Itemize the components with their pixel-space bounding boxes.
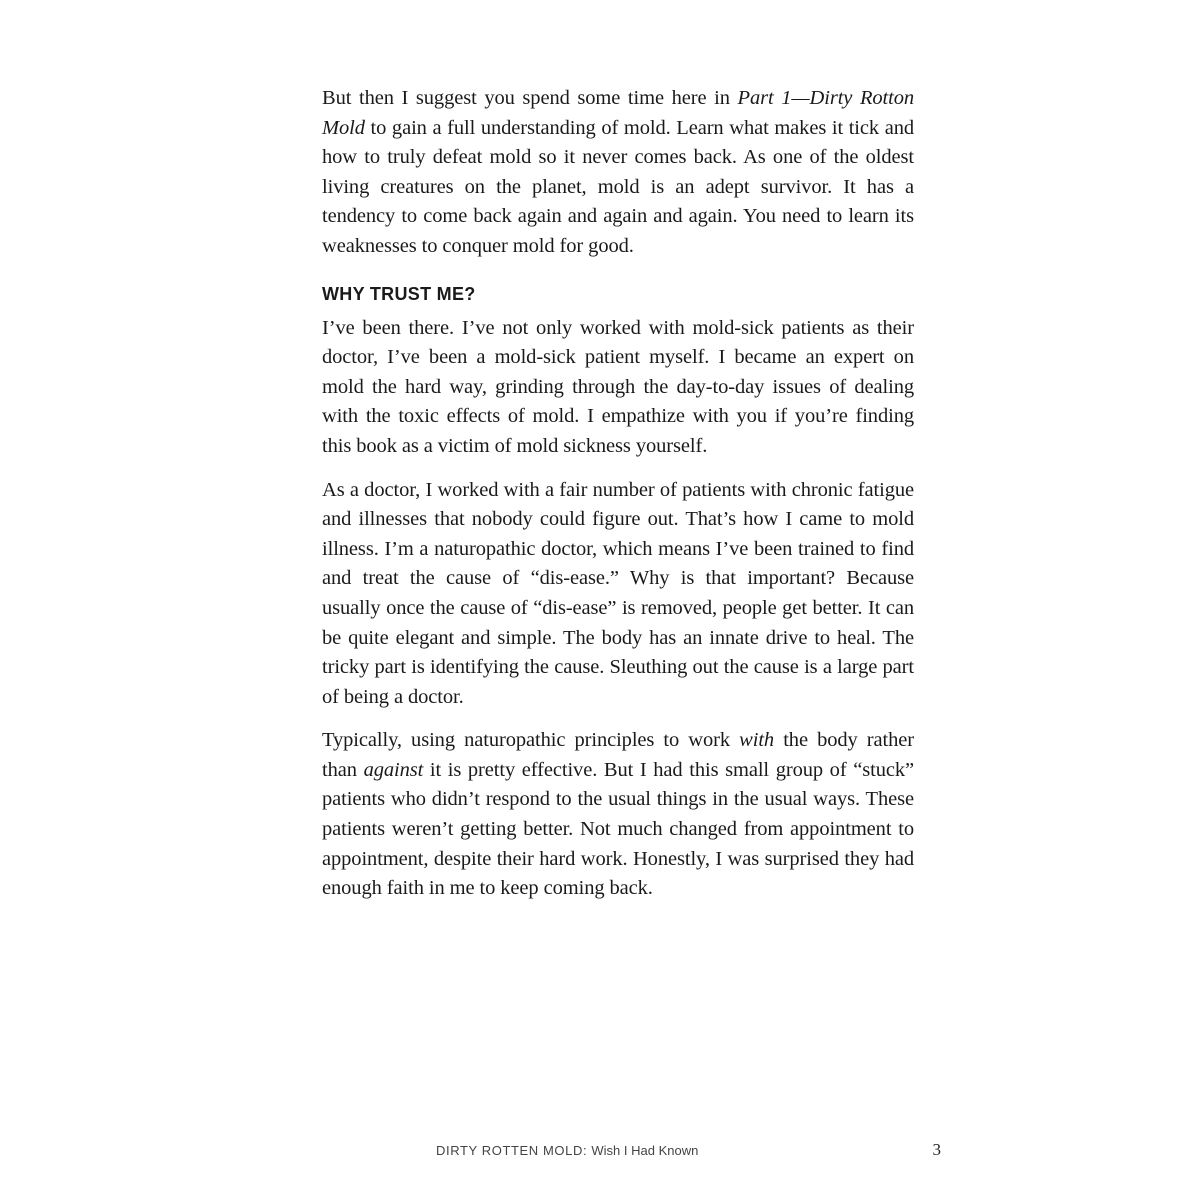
section-paragraph-2: As a doctor, I worked with a fair number…: [322, 476, 914, 713]
page-number: 3: [933, 1140, 942, 1160]
text-segment: to gain a full understanding of mold. Le…: [322, 117, 914, 257]
section-paragraph-3: Typically, using naturopathic principles…: [322, 726, 914, 904]
page-footer: DIRTY ROTTEN MOLD: Wish I Had Known 3: [436, 1140, 941, 1162]
italic-emphasis: against: [364, 759, 424, 781]
book-subtitle: Wish I Had Known: [591, 1143, 698, 1158]
section-paragraph-1: I’ve been there. I’ve not only worked wi…: [322, 314, 914, 462]
intro-paragraph: But then I suggest you spend some time h…: [322, 84, 914, 262]
text-segment: As a doctor, I worked with a fair number…: [322, 479, 914, 708]
section-heading: WHY TRUST ME?: [322, 282, 914, 306]
book-title: DIRTY ROTTEN MOLD:: [436, 1143, 587, 1158]
italic-emphasis: with: [739, 729, 774, 751]
running-footer-title: DIRTY ROTTEN MOLD: Wish I Had Known: [436, 1143, 698, 1158]
text-segment: But then I suggest you spend some time h…: [322, 87, 738, 109]
text-segment: I’ve been there. I’ve not only worked wi…: [322, 317, 914, 457]
page-body: But then I suggest you spend some time h…: [322, 84, 914, 918]
text-segment: Typically, using naturopathic principles…: [322, 729, 739, 751]
